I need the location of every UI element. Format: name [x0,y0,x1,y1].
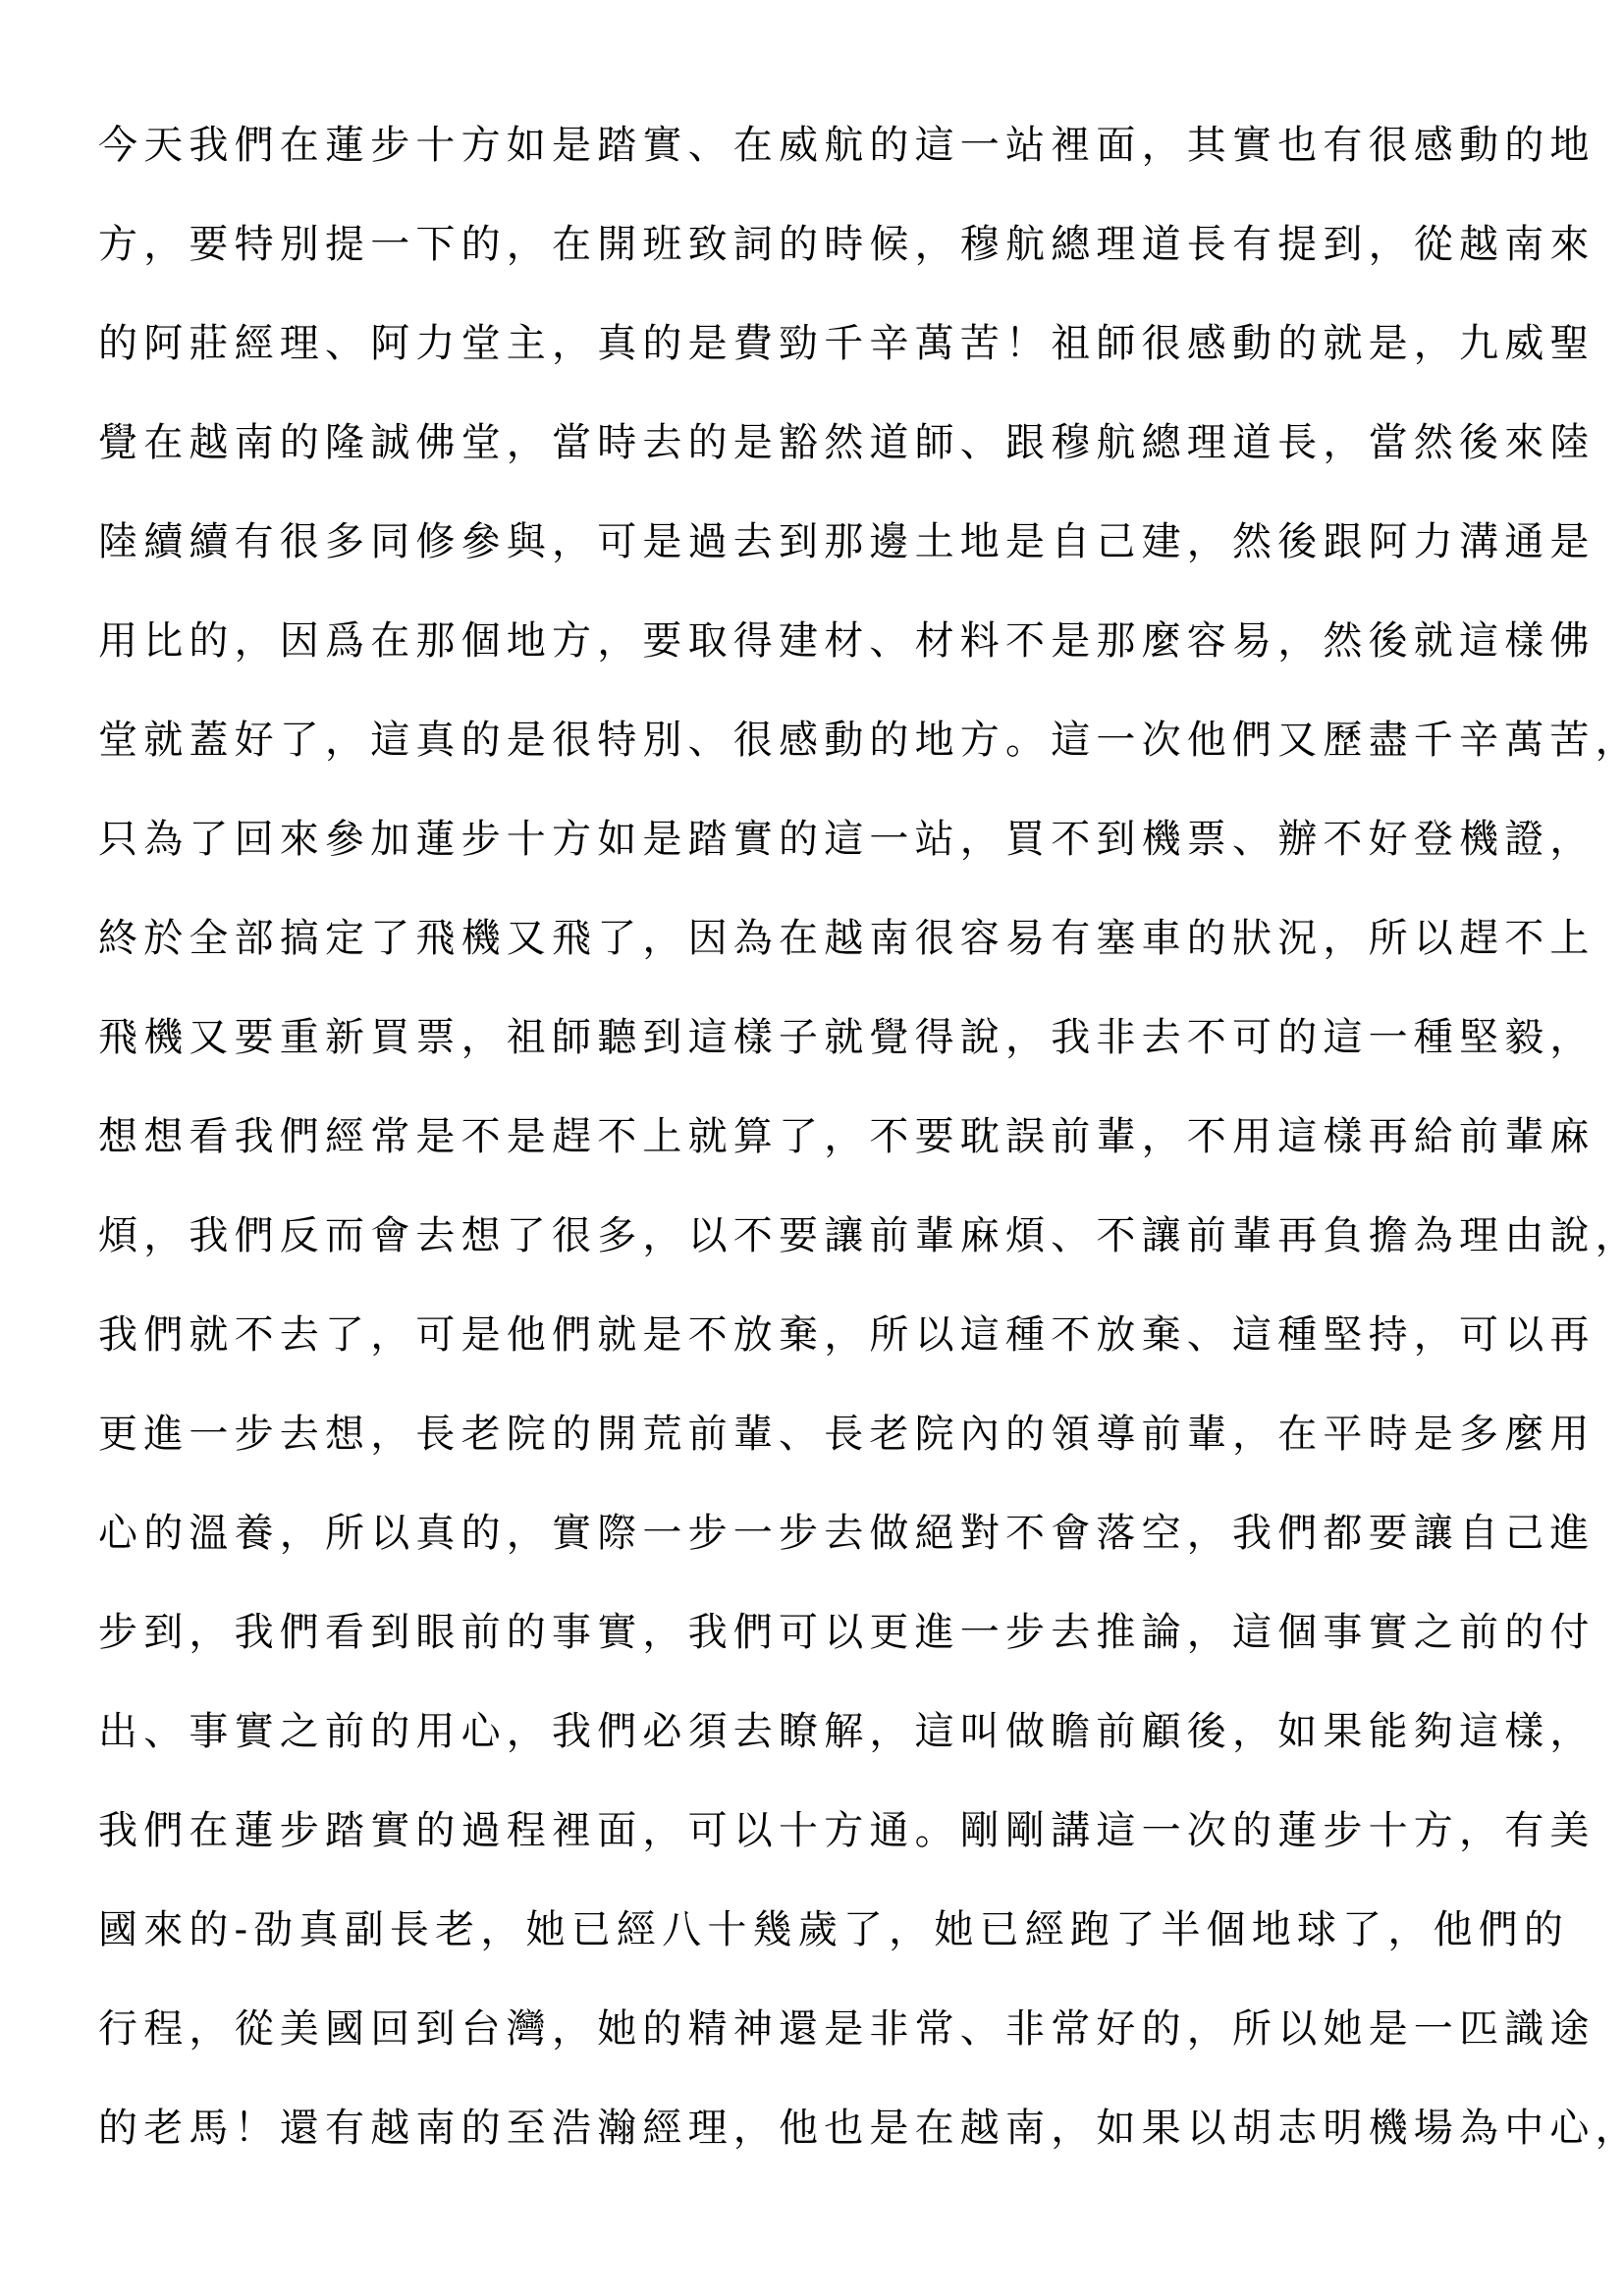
text-line-17: 出、事實之前的用心，我們必須去瞭解，這叫做瞻前顧後，如果能夠這樣， [98,1702,1542,1801]
text-line-7: 堂就蓋好了，這真的是很特別、很感動的地方。這一次他們又歷盡千辛萬苦， [98,711,1542,810]
text-line-5: 陸續續有很多同修參與，可是過去到那邊土地是自己建，然後跟阿力溝通是 [98,512,1542,612]
text-line-13: 我們就不去了，可是他們就是不放棄，所以這種不放棄、這種堅持，可以再 [98,1306,1542,1405]
text-line-2: 方，要特別提一下的，在開班致詞的時候，穆航總理道長有提到，從越南來 [98,215,1542,314]
text-line-21: 的老馬！還有越南的至浩瀚經理，他也是在越南，如果以胡志明機場為中心， [98,2099,1542,2198]
text-line-8: 只為了回來參加蓮步十方如是踏實的這一站，買不到機票、辦不好登機證， [98,810,1542,909]
text-line-16: 步到，我們看到眼前的事實，我們可以更進一步去推論，這個事實之前的付 [98,1603,1542,1702]
text-line-14: 更進一步去想，長老院的開荒前輩、長老院內的領導前輩，在平時是多麼用 [98,1405,1542,1504]
text-line-4: 覺在越南的隆誠佛堂，當時去的是豁然道師、跟穆航總理道長，當然後來陸 [98,413,1542,512]
text-line-15: 心的溫養，所以真的，實際一步一步去做絕對不會落空，我們都要讓自己進 [98,1504,1542,1603]
body-text: 今天我們在蓮步十方如是踏實、在威航的這一站裡面，其實也有很感動的地 方，要特別提… [98,116,1542,2198]
document-page: 今天我們在蓮步十方如是踏實、在威航的這一站裡面，其實也有很感動的地 方，要特別提… [0,0,1624,2296]
text-line-1: 今天我們在蓮步十方如是踏實、在威航的這一站裡面，其實也有很感動的地 [98,116,1542,215]
text-line-18: 我們在蓮步踏實的過程裡面，可以十方通。剛剛講這一次的蓮步十方，有美 [98,1801,1542,1900]
text-line-19: 國來的-劭真副長老，她已經八十幾歲了，她已經跑了半個地球了，他們的 [98,1900,1542,2000]
text-line-20: 行程，從美國回到台灣，她的精神還是非常、非常好的，所以她是一匹識途 [98,2000,1542,2099]
text-line-12: 煩，我們反而會去想了很多，以不要讓前輩麻煩、不讓前輩再負擔為理由說， [98,1206,1542,1306]
text-line-9: 終於全部搞定了飛機又飛了，因為在越南很容易有塞車的狀況，所以趕不上 [98,909,1542,1008]
text-line-3: 的阿莊經理、阿力堂主，真的是費勁千辛萬苦！祖師很感動的就是，九威聖 [98,314,1542,413]
text-line-6: 用比的，因爲在那個地方，要取得建材、材料不是那麼容易，然後就這樣佛 [98,612,1542,711]
text-line-11: 想想看我們經常是不是趕不上就算了，不要耽誤前輩，不用這樣再給前輩麻 [98,1107,1542,1206]
text-line-10: 飛機又要重新買票，祖師聽到這樣子就覺得說，我非去不可的這一種堅毅， [98,1008,1542,1107]
